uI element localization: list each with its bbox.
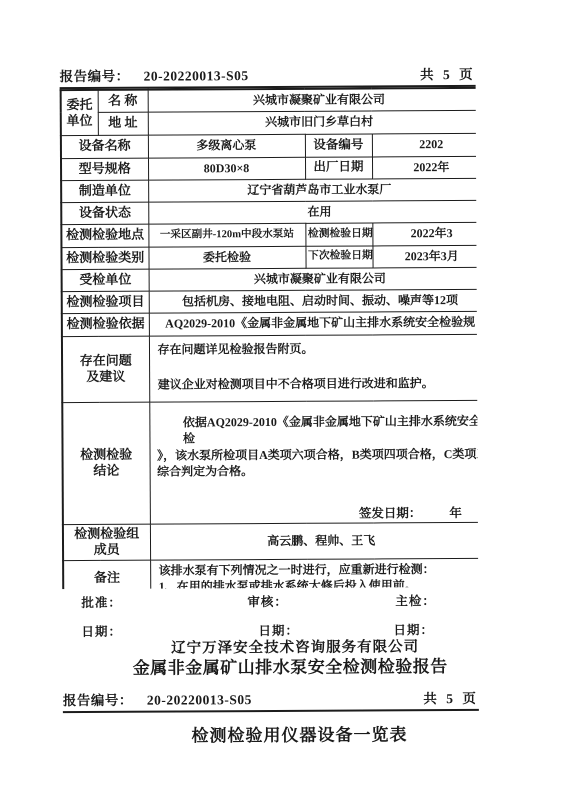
cell-status-label: 设备状态 (61, 202, 148, 224)
report-number-line-bottom: 报告编号： 20-20220013-S05 共 5 页 (63, 687, 479, 713)
signature-row: 批准： 审核： 主检： (1, 590, 567, 609)
cell-model-value: 80D30×8 (148, 157, 305, 180)
cell-remark-label: 备注 (63, 560, 150, 589)
conclusion-line-3: 综合判定为合格。 (157, 462, 478, 480)
cell-next-date-label: 下次检验日期 (305, 245, 372, 267)
cell-insp-date-value: 2022年3 (372, 222, 478, 246)
cell-category-value: 委托检验 (148, 246, 305, 269)
table-row: 存在问题 及建议 存在问题详见检验报告附页。 建议企业对检测项目中不合格项目进行… (62, 334, 478, 402)
page-count-2: 共 5 页 (423, 687, 479, 707)
page-count: 共 5 页 (420, 63, 476, 83)
inspection-summary-table: 委托单位 名 称 兴城市凝聚矿业有限公司 地 址 兴城市旧门乡草白村 设备名称 … (60, 87, 479, 589)
cell-items-label: 检测检验项目 (62, 291, 149, 313)
cell-location-label: 检测检验地点 (61, 224, 148, 247)
cell-addr-value: 兴城市旧门乡草白村 (148, 110, 478, 135)
sign-date-label: 签发日期： (359, 505, 422, 523)
cell-problems-label: 存在问题 及建议 (62, 336, 149, 402)
approve-label: 批准： (81, 593, 122, 611)
cell-name-label: 名 称 (98, 90, 148, 112)
table-row: 设备状态 在用 (61, 200, 478, 224)
cell-next-date-value: 2023年3月 (372, 245, 478, 268)
conclusion-line-2: 》，该水泵所检项目A类项六项合格，B类项四项合格，C类项三 (157, 445, 478, 463)
report-title: 金属非金属矿山排水泵安全检测检验报告 (7, 651, 567, 679)
table-row: 型号规格 80D30×8 出厂日期 2022年 (61, 156, 478, 180)
cell-conclusion-value: 依据AQ2029-2010《金属非金属地下矿山主排水系统安全检 》，该水泵所检项… (149, 400, 478, 524)
cell-device-name-label: 设备名称 (61, 135, 148, 158)
cell-conclusion-label: 检测检验 结论 (62, 402, 150, 525)
report-no-value-2: 20-20220013-S05 (147, 692, 252, 709)
report-no-label-2: 报告编号： (63, 689, 133, 709)
cell-model-label: 型号规格 (61, 158, 148, 180)
remark-line-2: 1、在用的排水泵或排水系统大修后投入使用前。 (159, 578, 479, 590)
cell-manufacturer-value: 辽宁省葫芦岛市工业水泵厂 (148, 178, 478, 202)
review-label: 审核： (247, 592, 288, 610)
table-row: 检测检验 结论 依据AQ2029-2010《金属非金属地下矿山主排水系统安全检 … (62, 400, 478, 525)
cell-basis-label: 检测检验依据 (62, 313, 149, 336)
table-row: 检测检验项目 包括机房、接地电阻、启动时间、振动、噪声等12项 (62, 289, 479, 313)
table-row: 设备名称 多级离心泵 设备编号 2202 (61, 133, 478, 158)
table-clip-region: 委托单位 名 称 兴城市凝聚矿业有限公司 地 址 兴城市旧门乡草白村 设备名称 … (0, 87, 478, 589)
cell-mfg-date-value: 2022年 (372, 156, 478, 179)
cell-category-label: 检测检验类别 (61, 247, 148, 269)
instrument-list-title: 检测检验用仪器设备一览表 (16, 719, 567, 747)
report-no-value: 20-20220013-S05 (144, 68, 249, 85)
problems-line-1: 存在问题详见检验报告附页。 (157, 340, 478, 357)
sign-date-year: 年 (449, 505, 462, 522)
table-row: 检测检验地点 一采区副井-120m中段水泵站 检测检验日期 2022年3 (61, 222, 478, 247)
cell-team-value: 高云鹏、程帅、王飞 (150, 522, 478, 560)
chief-label: 主检： (395, 591, 436, 609)
cell-device-no-value: 2202 (372, 133, 478, 157)
table-row: 制造单位 辽宁省葫芦岛市工业水泵厂 (61, 178, 478, 202)
cell-remark-value: 该排水泵有下列情况之一时进行，应重新进行检测： 1、在用的排水泵或排水系统大修后… (150, 558, 478, 589)
cell-team-label: 检测检验组 成员 (63, 524, 150, 560)
cell-items-value: 包括机房、接地电阻、启动时间、振动、噪声等12项 (149, 289, 479, 313)
cell-device-no-label: 设备编号 (305, 133, 372, 156)
table-row: 委托单位 名 称 兴城市凝聚矿业有限公司 (61, 88, 479, 112)
cell-device-name-value: 多级离心泵 (148, 134, 305, 158)
cell-name-value: 兴城市凝聚矿业有限公司 (148, 88, 479, 112)
problems-line-2: 建议企业对检测项目中不合格项目进行改进和监护。 (158, 375, 479, 392)
remark-line-1: 该排水泵有下列情况之一时进行，应重新进行检测： (159, 562, 479, 580)
cell-status-value: 在用 (148, 200, 478, 224)
cell-mfg-date-label: 出厂日期 (305, 156, 372, 178)
report-no-label: 报告编号： (60, 65, 130, 85)
report-number-line-top: 报告编号： 20-20220013-S05 共 5 页 (60, 63, 476, 89)
table-row: 检测检验依据 AQ2029-2010《金属非金属地下矿山主排水系统安全检验规 (62, 311, 478, 336)
table-row: 地 址 兴城市旧门乡草白村 (61, 110, 478, 135)
table-row: 备注 该排水泵有下列情况之一时进行，应重新进行检测： 1、在用的排水泵或排水系统… (63, 558, 478, 589)
cell-addr-label: 地 址 (98, 112, 148, 135)
cell-location-value: 一采区副井-120m中段水泵站 (148, 223, 305, 247)
table-row: 受检单位 兴城市凝聚矿业有限公司 (62, 267, 479, 291)
table-row: 检测检验组 成员 高云鹏、程帅、王飞 (63, 522, 478, 560)
scanned-report-page: 报告编号： 20-20220013-S05 共 5 页 委托单位 名 称 兴城市… (0, 0, 567, 802)
cell-insp-date-label: 检测检验日期 (305, 222, 372, 245)
cell-problems-value: 存在问题详见检验报告附页。 建议企业对检测项目中不合格项目进行改进和监护。 (149, 334, 478, 402)
table-row: 检测检验类别 委托检验 下次检验日期 2023年3月 (61, 245, 478, 269)
cell-inspected-unit-value: 兴城市凝聚矿业有限公司 (149, 267, 479, 291)
cell-consignor-label: 委托单位 (61, 90, 98, 135)
cell-basis-value: AQ2029-2010《金属非金属地下矿山主排水系统安全检验规 (149, 311, 478, 336)
cell-inspected-unit-label: 受检单位 (62, 269, 149, 291)
cell-manufacturer-label: 制造单位 (61, 180, 148, 202)
conclusion-line-1: 依据AQ2029-2010《金属非金属地下矿山主排水系统安全检 (157, 412, 478, 447)
